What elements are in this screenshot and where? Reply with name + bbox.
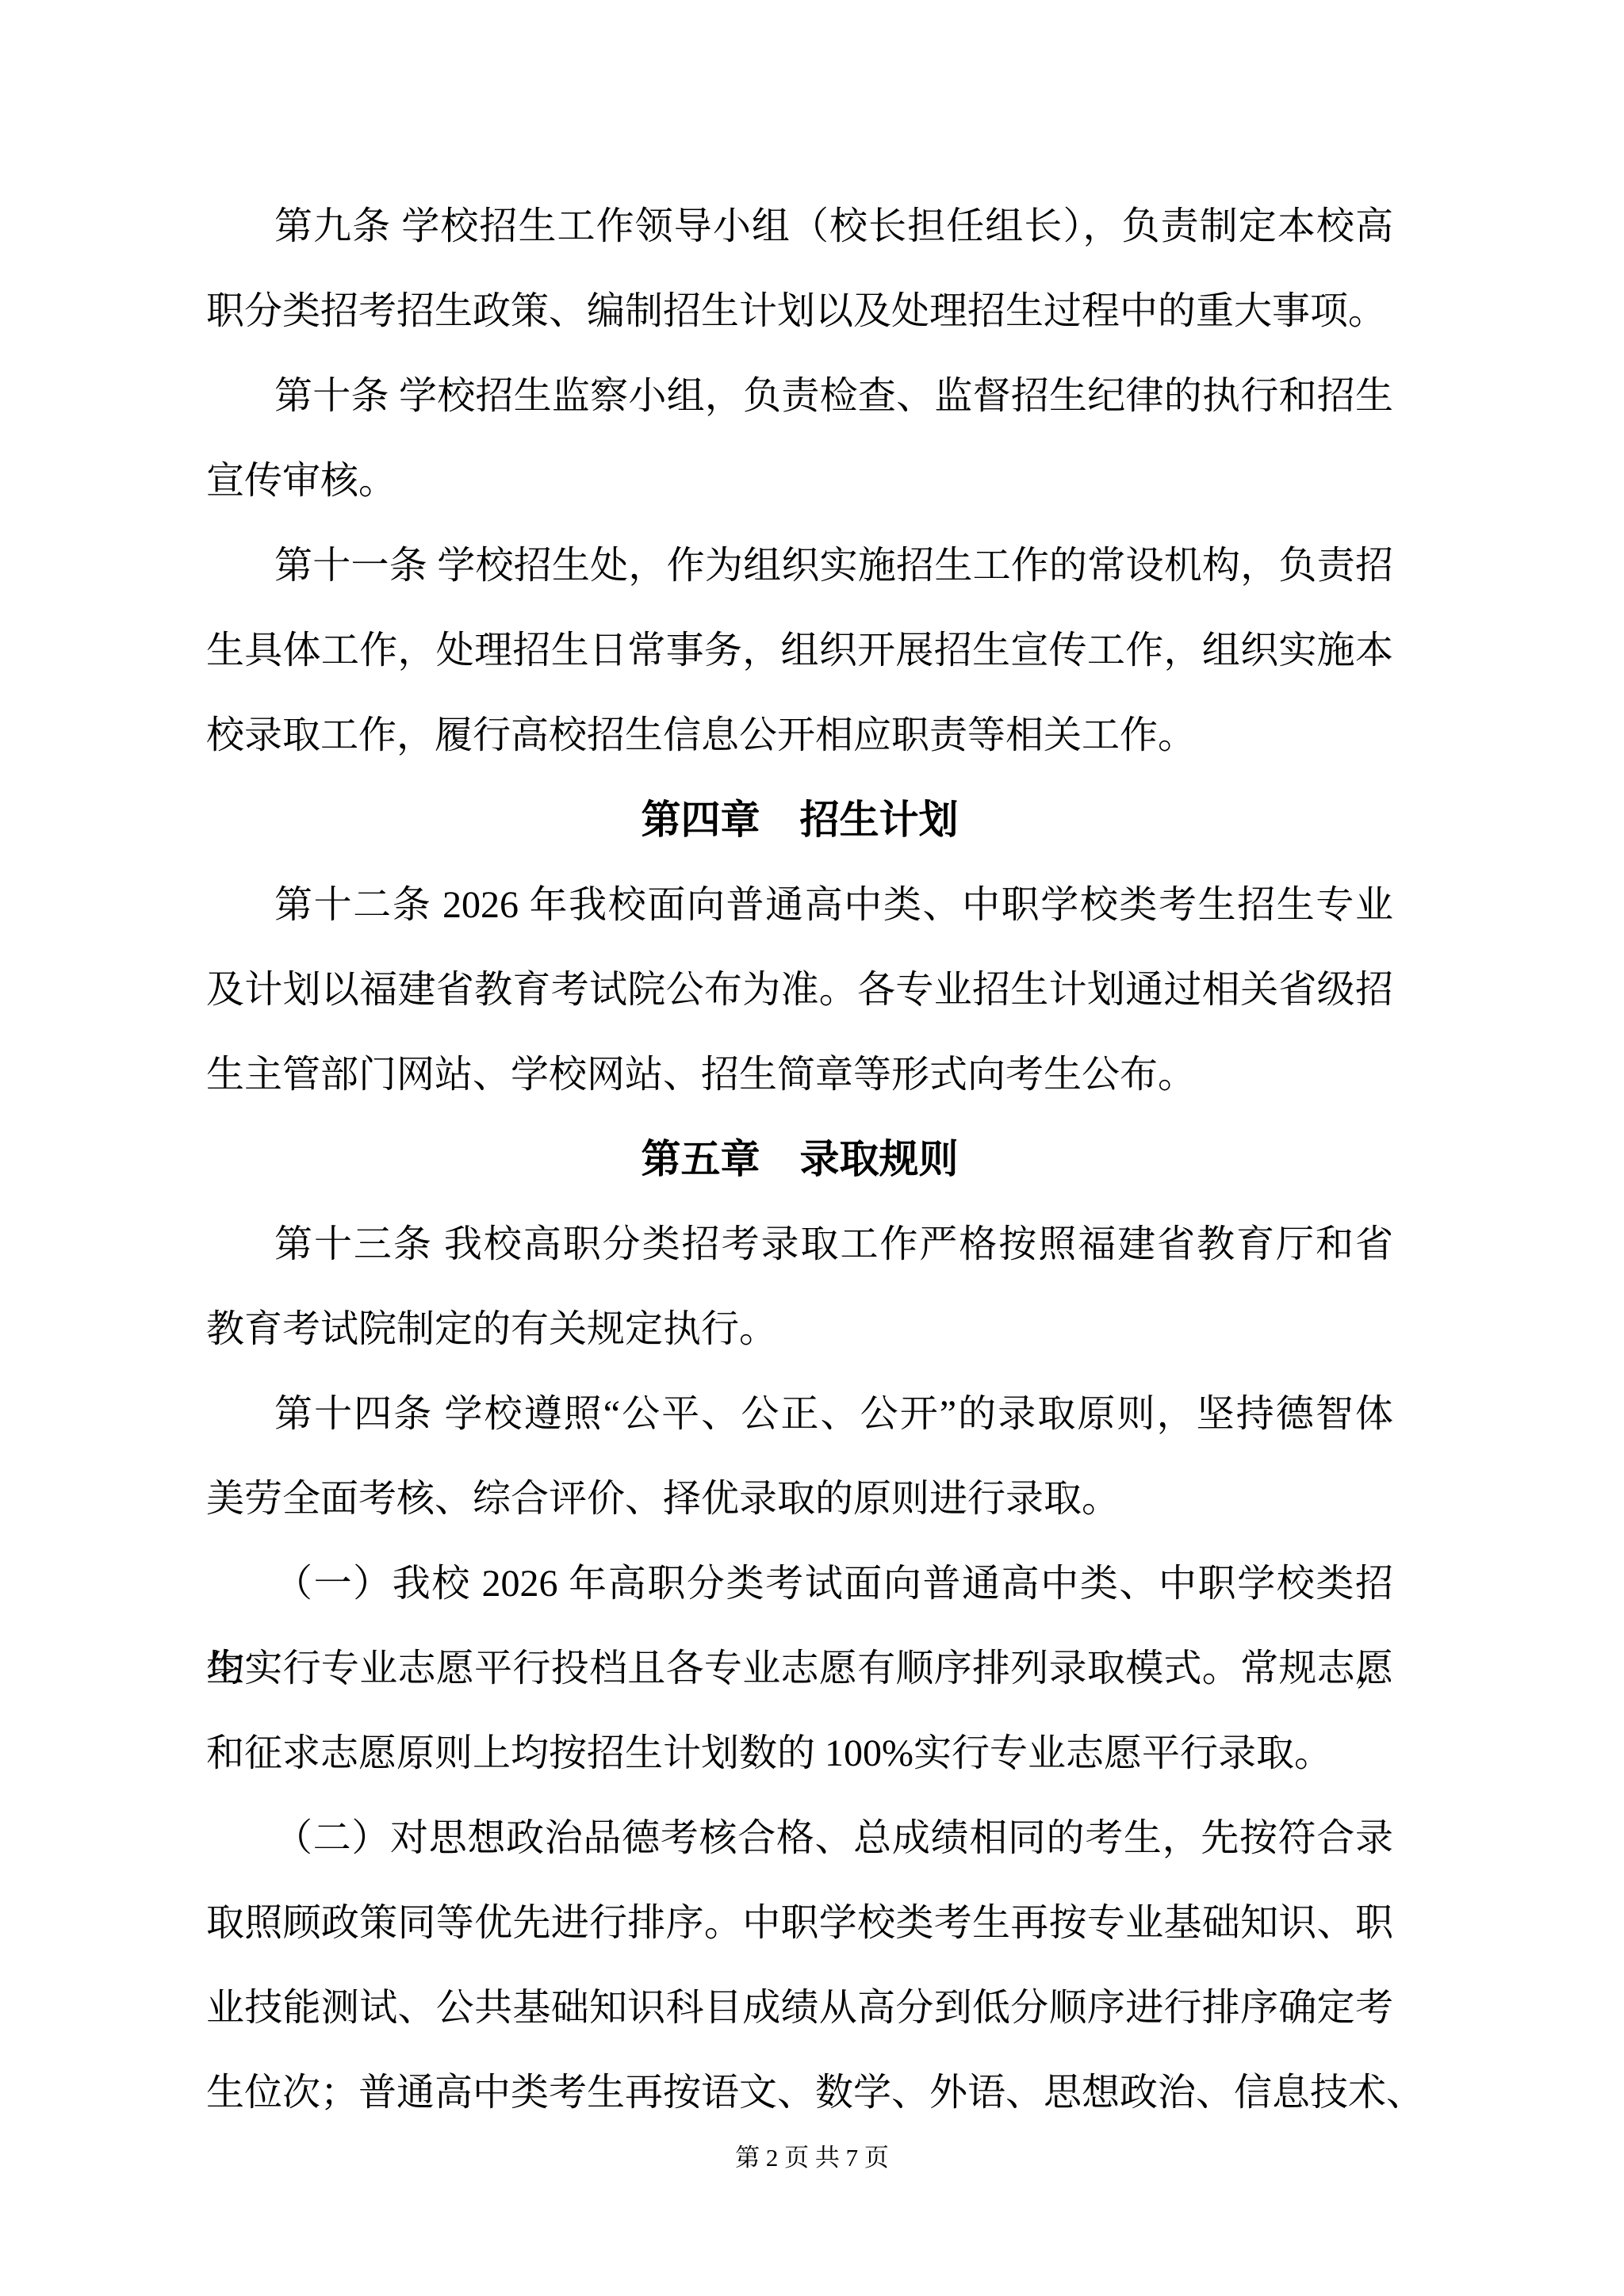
- document-page: 第九条 学校招生工作领导小组（校长担任组长），负责制定本校高职分类招考招生政策、…: [0, 0, 1624, 2296]
- text-line: 校录取工作，履行高校招生信息公开相应职责等相关工作。: [206, 693, 1393, 778]
- text-line: （一）我校 2026 年高职分类考试面向普通高中类、中职学校类招生，: [206, 1541, 1393, 1626]
- chapter-heading: 第五章 录取规则: [206, 1117, 1393, 1202]
- text-line: 第十条 学校招生监察小组，负责检查、监督招生纪律的执行和招生: [206, 354, 1393, 438]
- text-line: 美劳全面考核、综合评价、择优录取的原则进行录取。: [206, 1456, 1393, 1541]
- page-footer: 第 2 页 共 7 页: [0, 2141, 1624, 2175]
- text-line: 教育考试院制定的有关规定执行。: [206, 1287, 1393, 1372]
- text-line: 第十一条 学校招生处，作为组织实施招生工作的常设机构，负责招: [206, 523, 1393, 608]
- text-line: 及计划以福建省教育考试院公布为准。各专业招生计划通过相关省级招: [206, 947, 1393, 1032]
- text-line: 和征求志愿原则上均按招生计划数的 100%实行专业志愿平行录取。: [206, 1711, 1393, 1796]
- text-line: 业技能测试、公共基础知识科目成绩从高分到低分顺序进行排序确定考: [206, 1965, 1393, 2050]
- text-line: 生具体工作，处理招生日常事务，组织开展招生宣传工作，组织实施本: [206, 608, 1393, 693]
- text-line: 第十四条 学校遵照“公平、公正、公开”的录取原则，坚持德智体: [206, 1372, 1393, 1456]
- document-body: 第九条 学校招生工作领导小组（校长担任组长），负责制定本校高职分类招考招生政策、…: [206, 184, 1393, 2135]
- text-line: 第十二条 2026 年我校面向普通高中类、中职学校类考生招生专业: [206, 863, 1393, 947]
- text-line: 均实行专业志愿平行投档且各专业志愿有顺序排列录取模式。常规志愿: [206, 1626, 1393, 1711]
- text-line: 宣传审核。: [206, 438, 1393, 523]
- chapter-heading: 第四章 招生计划: [206, 778, 1393, 863]
- text-line: 生位次；普通高中类考生再按语文、数学、外语、思想政治、信息技术、: [206, 2050, 1393, 2135]
- text-line: 取照顾政策同等优先进行排序。中职学校类考生再按专业基础知识、职: [206, 1881, 1393, 1965]
- text-line: 职分类招考招生政策、编制招生计划以及处理招生过程中的重大事项。: [206, 269, 1393, 354]
- text-line: 第九条 学校招生工作领导小组（校长担任组长），负责制定本校高: [206, 184, 1393, 269]
- text-line: （二）对思想政治品德考核合格、总成绩相同的考生，先按符合录: [206, 1796, 1393, 1881]
- text-line: 第十三条 我校高职分类招考录取工作严格按照福建省教育厅和省: [206, 1202, 1393, 1287]
- text-line: 生主管部门网站、学校网站、招生简章等形式向考生公布。: [206, 1032, 1393, 1117]
